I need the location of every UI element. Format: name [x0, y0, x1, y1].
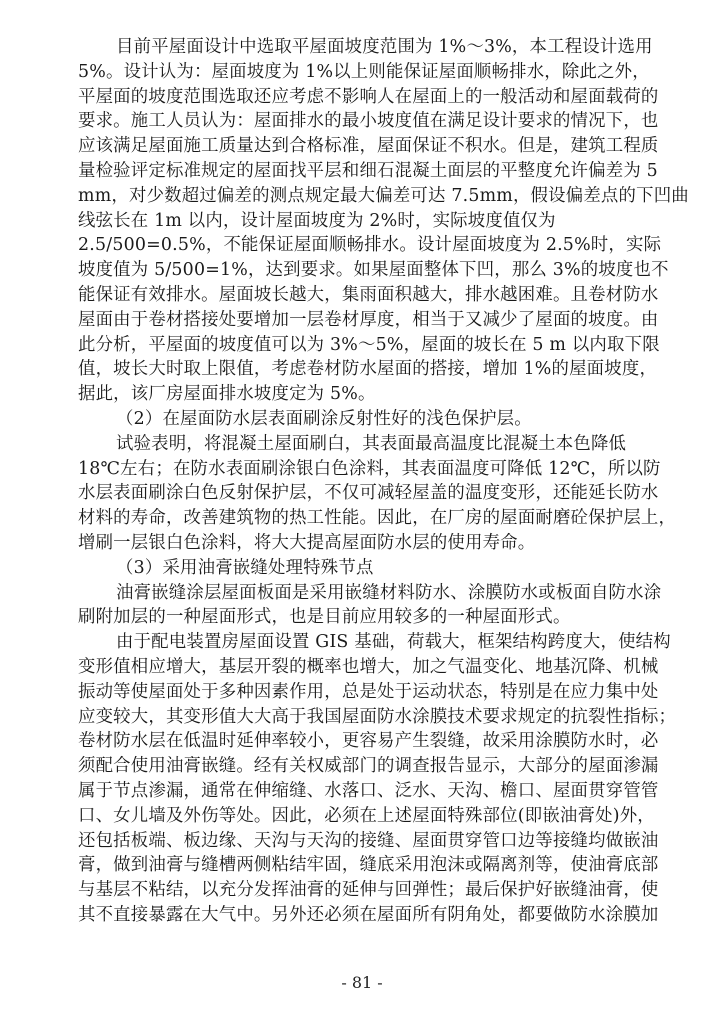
text-line: 5%。设计认为：屋面坡度为 1%以上则能保证屋面顺畅排水，除此之外， [78, 60, 648, 85]
body-text: 目前平屋面设计中选取平屋面坡度范围为 1%～3%，本工程设计选用5%。设计认为：… [78, 35, 648, 928]
text-line: 属于节点渗漏，通常在伸缩缝、水落口、泛水、天沟、檐口、屋面贯穿管管 [78, 779, 648, 804]
text-line: （3）采用油膏嵌缝处理特殊节点 [78, 556, 648, 581]
text-line: 应变较大，其变形值大大高于我国屋面防水涂膜技术要求规定的抗裂性指标； [78, 705, 648, 730]
text-line: 线弦长在 1m 以内，设计屋面坡度为 2%时，实际坡度值仅为 [78, 209, 648, 234]
text-line: 坡度值为 5/500=1%，达到要求。如果屋面整体下凹，那么 3%的坡度也不 [78, 258, 648, 283]
text-line: 18℃左右；在防水表面刷涂银白色涂料，其表面温度可降低 12℃，所以防 [78, 457, 648, 482]
text-line: 应该满足屋面施工质量达到合格标准，屋面保证不积水。但是，建筑工程质 [78, 134, 648, 159]
text-line: 振动等使屋面处于多种因素作用，总是处于运动状态，特别是在应力集中处 [78, 680, 648, 705]
text-line: 油膏嵌缝涂层屋面板面是采用嵌缝材料防水、涂膜防水或板面自防水涂 [78, 581, 648, 606]
text-line: 口、女儿墙及外伤等处。因此，必须在上述屋面特殊部位(即嵌油膏处)外， [78, 804, 648, 829]
text-line: 此分析，平屋面的坡度值可以为 3%～5%，屋面的坡长在 5 m 以内取下限 [78, 333, 648, 358]
text-line: mm，对少数超过偏差的测点规定最大偏差可达 7.5mm，假设偏差点的下凹曲 [78, 184, 648, 209]
text-line: 水层表面刷涂白色反射保护层，不仅可减轻屋盖的温度变形，还能延长防水 [78, 481, 648, 506]
text-line: 与基层不粘结，以充分发挥油膏的延伸与回弹性；最后保护好嵌缝油膏，使 [78, 878, 648, 903]
text-line: 变形值相应增大，基层开裂的概率也增大，加之气温变化、地基沉降、机械 [78, 655, 648, 680]
text-line: 值，坡长大时取上限值，考虑卷材防水屋面的搭接，增加 1%的屋面坡度， [78, 357, 648, 382]
text-line: 目前平屋面设计中选取平屋面坡度范围为 1%～3%，本工程设计选用 [78, 35, 648, 60]
text-line: 据此，该厂房屋面排水坡度定为 5%。 [78, 382, 648, 407]
text-line: 试验表明，将混凝土屋面刷白，其表面最高温度比混凝土本色降低 [78, 432, 648, 457]
text-line: （2）在屋面防水层表面刷涂反射性好的浅色保护层。 [78, 407, 648, 432]
text-line: 还包括板端、板边缘、天沟与天沟的接缝、屋面贯穿管口边等接缝均做嵌油 [78, 829, 648, 854]
document-page: 目前平屋面设计中选取平屋面坡度范围为 1%～3%，本工程设计选用5%。设计认为：… [0, 0, 724, 1024]
text-line: 2.5/500=0.5%，不能保证屋面顺畅排水。设计屋面坡度为 2.5%时，实际 [78, 233, 648, 258]
text-line: 刷附加层的一种屋面形式，也是目前应用较多的一种屋面形式。 [78, 605, 648, 630]
text-line: 须配合使用油膏嵌缝。经有关权威部门的调查报告显示，大部分的屋面渗漏 [78, 754, 648, 779]
text-line: 其不直接暴露在大气中。另外还必须在屋面所有阴角处，都要做防水涂膜加 [78, 903, 648, 928]
text-line: 屋面由于卷材搭接处要增加一层卷材厚度，相当于又减少了屋面的坡度。由 [78, 308, 648, 333]
text-line: 量检验评定标准规定的屋面找平层和细石混凝土面层的平整度允许偏差为 5 [78, 159, 648, 184]
page-number: - 81 - [0, 972, 724, 994]
text-line: 能保证有效排水。屋面坡长越大，集雨面积越大，排水越困难。且卷材防水 [78, 283, 648, 308]
text-line: 材料的寿命，改善建筑物的热工性能。因此，在厂房的屋面耐磨砼保护层上， [78, 506, 648, 531]
text-line: 增刷一层银白色涂料，将大大提高屋面防水层的使用寿命。 [78, 531, 648, 556]
text-line: 卷材防水层在低温时延伸率较小，更容易产生裂缝，故采用涂膜防水时，必 [78, 729, 648, 754]
text-line: 膏，做到油膏与缝槽两侧粘结牢固，缝底采用泡沫或隔离剂等，使油膏底部 [78, 853, 648, 878]
text-line: 要求。施工人员认为：屋面排水的最小坡度值在满足设计要求的情况下，也 [78, 109, 648, 134]
text-line: 平屋面的坡度范围选取还应考虑不影响人在屋面上的一般活动和屋面载荷的 [78, 85, 648, 110]
text-line: 由于配电装置房屋面设置 GIS 基础，荷载大，框架结构跨度大，使结构 [78, 630, 648, 655]
